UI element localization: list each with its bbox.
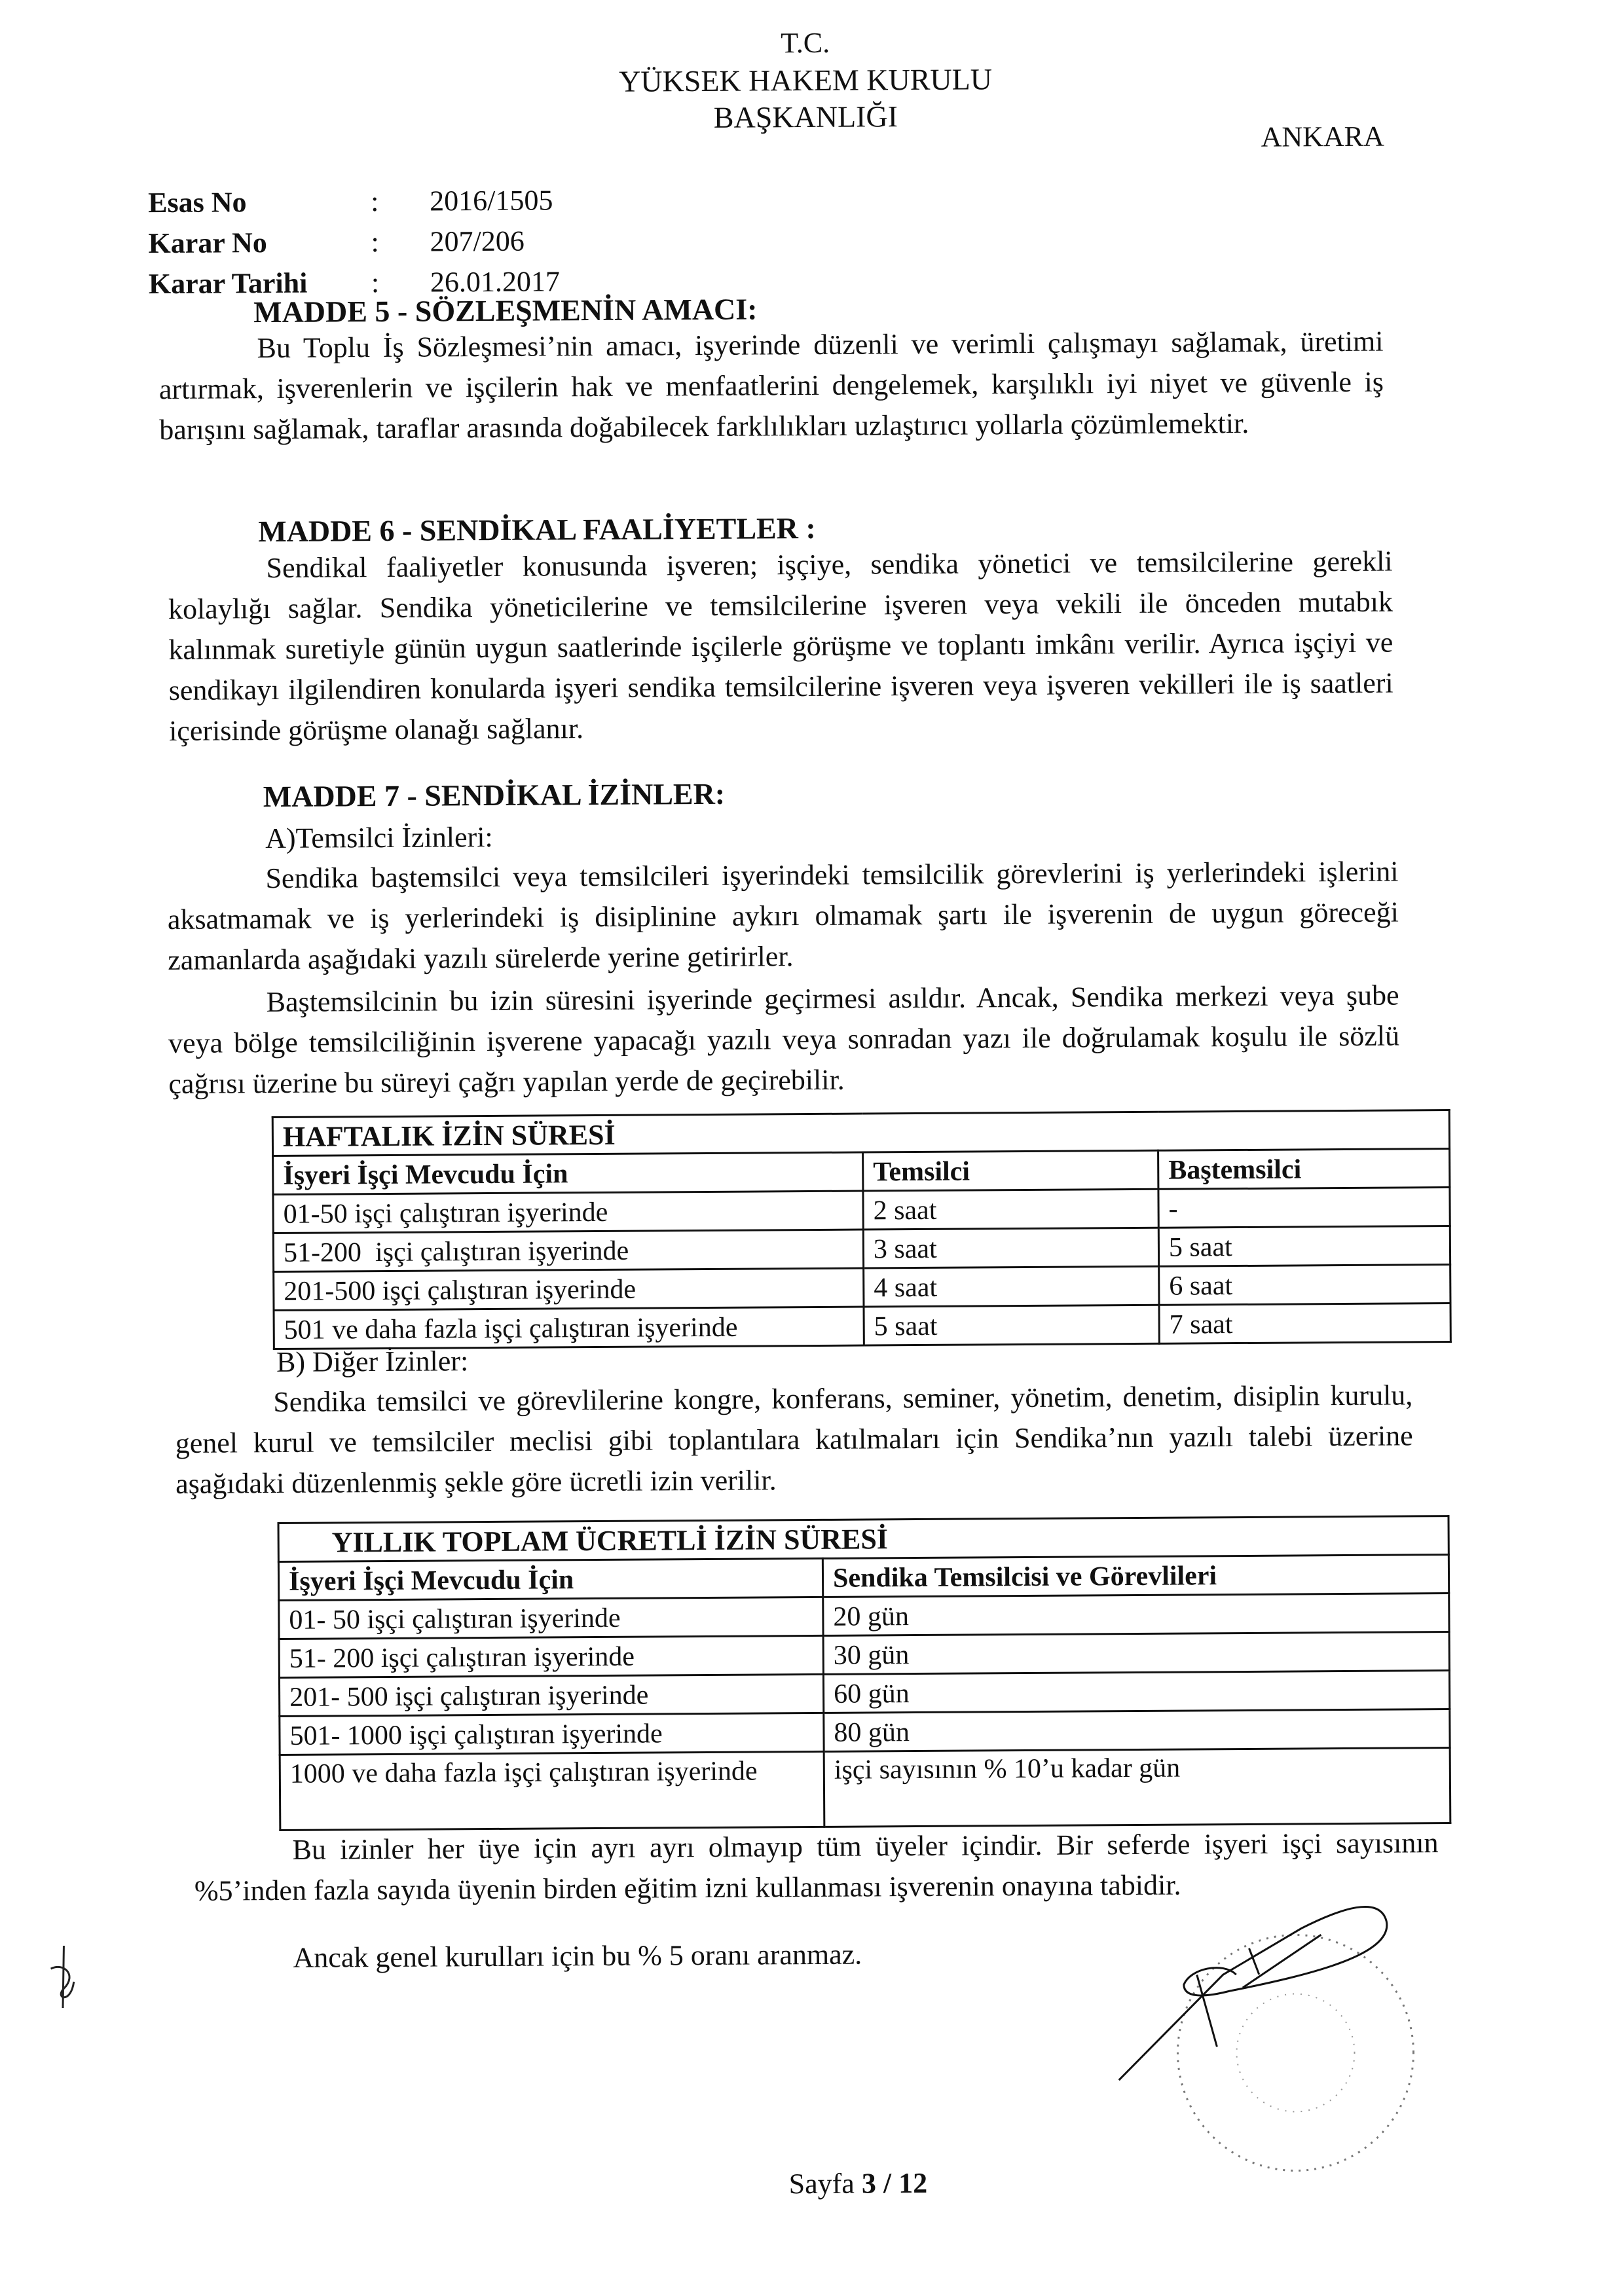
table-row: 51-200 işçi çalıştıran işyerinde 3 saat … <box>273 1226 1450 1272</box>
annual-leave-table: YILLIK TOPLAM ÜCRETLİ İZİN SÜRESİ İşyeri… <box>277 1515 1451 1831</box>
document-page: T.C. YÜKSEK HAKEM KURULU BAŞKANLIĞI ANKA… <box>0 0 1624 2296</box>
annual-header-workplace: İşyeri İşçi Mevcudu İçin <box>278 1558 822 1600</box>
section-b-title: B) Diğer İzinler: <box>276 1344 469 1379</box>
weekly-header-head-representative: Baştemsilci <box>1158 1149 1450 1190</box>
section-b-para1: Sendika temsilci ve görevlilerine kongre… <box>175 1375 1413 1504</box>
case-meta: Esas No : 2016/1505 Karar No : 207/206 K… <box>148 183 560 308</box>
table-row: 501- 1000 işçi çalıştıran işyerinde 80 g… <box>280 1709 1450 1755</box>
table-row: 201- 500 işçi çalıştıran işyerinde 60 gü… <box>279 1671 1449 1717</box>
header-tc: T.C. <box>0 21 1617 64</box>
table-row: 51- 200 işçi çalıştıran işyerinde 30 gün <box>279 1632 1449 1678</box>
table-row: 501 ve daha fazla işçi çalıştıran işyeri… <box>274 1303 1450 1349</box>
signature-stamp-icon <box>1105 1882 1473 2250</box>
madde7-title: MADDE 7 - SENDİKAL İZİNLER: <box>263 776 726 814</box>
weekly-table-title: HAFTALIK İZİN SÜRESİ <box>272 1110 1449 1156</box>
weekly-header-representative: Temsilci <box>863 1150 1158 1191</box>
section-a-para2: Baştemsilcinin bu izin süresini işyerind… <box>168 975 1399 1104</box>
section-b-para3: Ancak genel kurulları için bu % 5 oranı … <box>293 1938 862 1975</box>
table-row: 01-50 işçi çalıştıran işyerinde 2 saat - <box>273 1188 1450 1233</box>
section-a-para1: Sendika baştemsilci veya temsilcileri iş… <box>167 852 1399 981</box>
annual-table-title: YILLIK TOPLAM ÜCRETLİ İZİN SÜRESİ <box>278 1516 1449 1562</box>
table-row: 1000 ve daha fazla işçi çalıştıran işyer… <box>280 1748 1450 1831</box>
initials-mark-icon <box>44 1942 84 2014</box>
page-number: Sayfa 3 / 12 <box>789 2166 928 2200</box>
section-a-title: A)Temsilci İzinleri: <box>265 820 493 855</box>
meta-esas-no: Esas No : 2016/1505 <box>148 183 559 227</box>
madde6-text: Sendikal faaliyetler konusunda işveren; … <box>168 541 1393 752</box>
weekly-header-workplace: İşyeri İşçi Mevcudu İçin <box>273 1152 863 1195</box>
madde6-title: MADDE 6 - SENDİKAL FAALİYETLER : <box>258 511 816 549</box>
header-city: ANKARA <box>1261 120 1384 154</box>
madde5-title: MADDE 5 - SÖZLEŞMENİN AMACI: <box>253 291 758 329</box>
meta-karar-no: Karar No : 207/206 <box>148 224 559 267</box>
weekly-leave-table: HAFTALIK İZİN SÜRESİ İşyeri İşçi Mevcudu… <box>272 1109 1452 1350</box>
table-row: 201-500 işçi çalıştıran işyerinde 4 saat… <box>274 1265 1450 1311</box>
madde5-text: Bu Toplu İş Sözleşmesi’nin amacı, işyeri… <box>158 321 1384 450</box>
table-row: 01- 50 işçi çalıştıran işyerinde 20 gün <box>279 1594 1449 1639</box>
annual-header-union-staff: Sendika Temsilcisi ve Görevlileri <box>822 1555 1449 1597</box>
